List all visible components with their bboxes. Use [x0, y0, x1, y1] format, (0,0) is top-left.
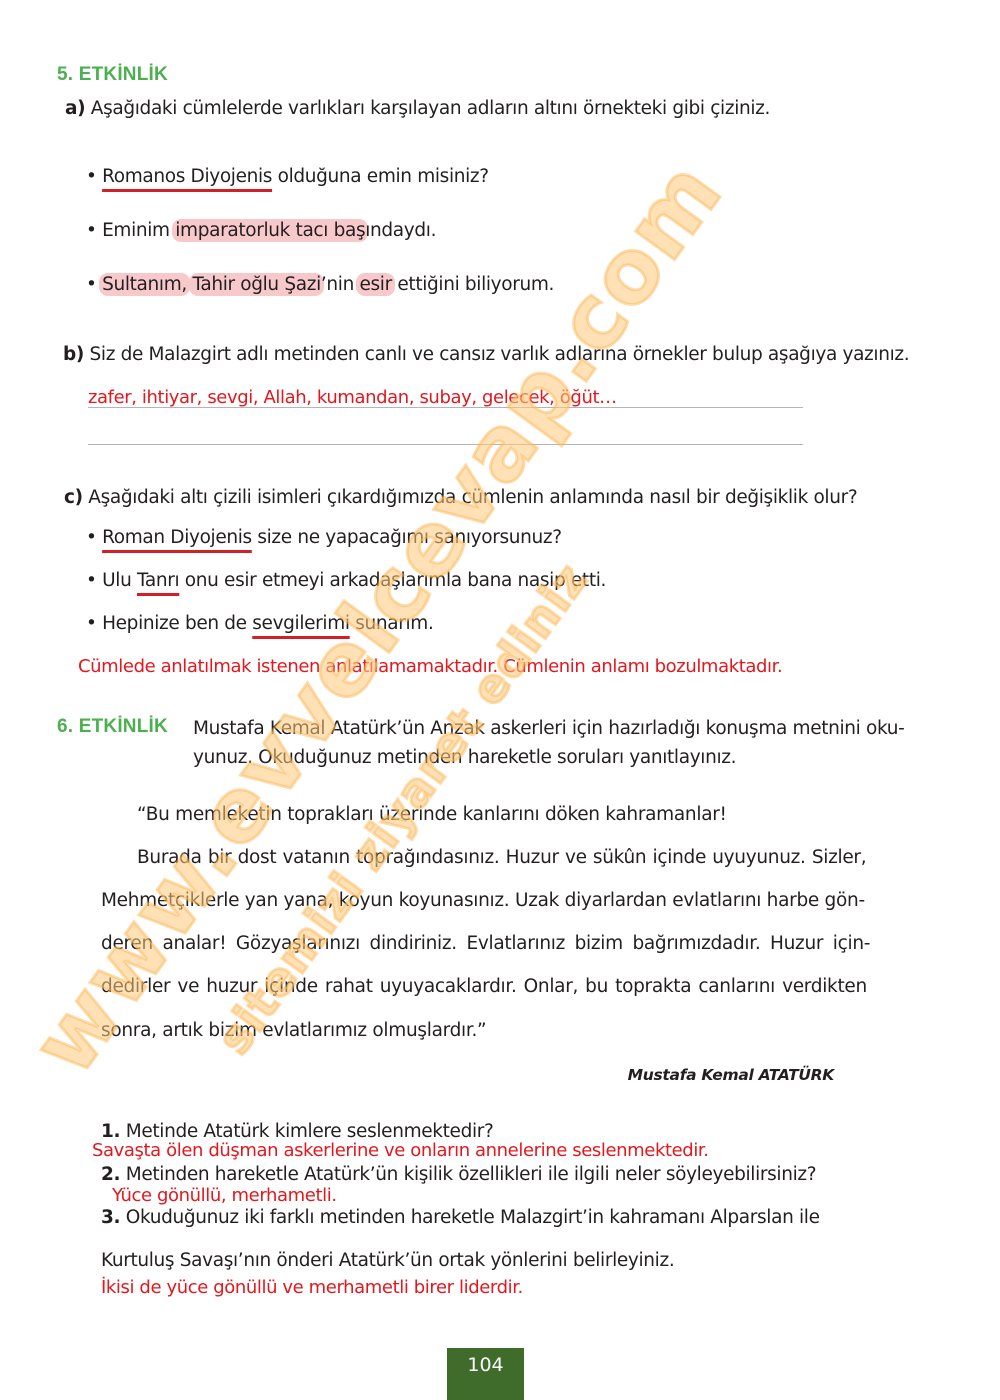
question-text: Metinde Atatürk kimlere seslenmektedir?: [126, 1121, 494, 1142]
question-number: 2.: [101, 1164, 120, 1185]
activity5-heading: 5. ETKİNLİK: [57, 64, 168, 86]
sentence-text: Ulu: [102, 570, 137, 591]
activity5c-answer: Cümlede anlatılmak istenen anlatılamamak…: [78, 656, 782, 677]
underlined-noun: Romanos Diyojenis: [102, 166, 272, 187]
highlighted-noun: Tahir oğlu Şazi: [189, 273, 323, 296]
answer-line: [88, 407, 803, 408]
sentence-text: size ne yapacağımı sanıyorsunuz?: [252, 527, 562, 548]
sentence-text: ’nin: [321, 274, 360, 295]
question-3-answer: İkisi de yüce gönüllü ve merhametli bire…: [101, 1277, 523, 1298]
highlighted-noun: Sultanım,: [99, 273, 190, 296]
activity5b-instruction: b) Siz de Malazgirt adlı metinden canlı …: [63, 344, 909, 365]
question-3-line2: Kurtuluş Savaşı’nın önderi Atatürk’ün or…: [101, 1250, 674, 1271]
sentence-list-item: • Ulu Tanrı onu esir etmeyi arkadaşlarım…: [86, 570, 606, 591]
question-text: Metinden hareketle Atatürk’ün kişilik öz…: [126, 1164, 817, 1185]
question-number: 3.: [101, 1207, 120, 1228]
sentence-text: sunarım.: [350, 613, 434, 634]
quote-line: sonra, artık bizim evlatlarımız olmuşlar…: [101, 1020, 486, 1041]
underlined-noun: sevgilerimi: [252, 613, 349, 634]
underlined-noun: Tanrı: [137, 570, 179, 591]
bullet: •: [86, 166, 102, 187]
sentence-text: Hepinize ben de: [102, 613, 252, 634]
activity5c-text: Aşağıdaki altı çizili isimleri çıkardığı…: [88, 487, 857, 508]
question-3: 3. Okuduğunuz iki farklı metinden hareke…: [101, 1207, 820, 1228]
question-text: Okuduğunuz iki farklı metinden hareketle…: [126, 1207, 820, 1228]
question-number: 1.: [101, 1121, 120, 1142]
sentence-list-item: • Romanos Diyojenis olduğuna emin misini…: [86, 166, 489, 187]
sentence-list-item: • Sultanım, Tahir oğlu Şazi’nin esir ett…: [86, 274, 554, 295]
sentence-list-item: • Roman Diyojenis size ne yapacağımı san…: [86, 527, 562, 548]
question-2-answer: Yüce gönüllü, merhametli.: [112, 1185, 337, 1206]
bullet: •: [86, 613, 102, 634]
question-1: 1. Metinde Atatürk kimlere seslenmektedi…: [101, 1121, 493, 1142]
quote-line: dedirler ve huzur içinde rahat uyuyacakl…: [101, 976, 867, 997]
activity5b-answer: zafer, ihtiyar, sevgi, Allah, kumandan, …: [88, 387, 617, 408]
quote-line: Burada bir dost vatanın toprağındasınız.…: [137, 847, 866, 868]
quote-line: Mehmetçiklerle yan yana, koyun koyunasın…: [101, 890, 865, 911]
sentence-text: ındaydı.: [365, 220, 436, 241]
activity5a-text: Aşağıdaki cümlelerde varlıkları karşılay…: [91, 98, 770, 119]
activity5c-label: c): [64, 487, 83, 508]
answer-line: [88, 444, 803, 445]
highlighted-noun: imparatorluk tacı baş: [172, 219, 368, 242]
activity5b-text: Siz de Malazgirt adlı metinden canlı ve …: [90, 344, 910, 365]
bullet: •: [86, 220, 102, 241]
activity6-intro-line1: Mustafa Kemal Atatürk’ün Anzak askerleri…: [193, 718, 904, 739]
activity5b-label: b): [63, 344, 84, 365]
quote-line: deren analar! Gözyaşlarınızı dindiriniz.…: [101, 933, 870, 954]
question-2: 2. Metinden hareketle Atatürk’ün kişilik…: [101, 1164, 816, 1185]
activity6-heading: 6. ETKİNLİK: [57, 716, 168, 738]
activity5a-label: a): [65, 98, 85, 119]
bullet: •: [86, 570, 102, 591]
highlighted-noun: esir: [356, 273, 394, 296]
sentence-text: onu esir etmeyi arkadaşlarımla bana nasi…: [179, 570, 606, 591]
quote-line: “Bu memleketin toprakları üzerinde kanla…: [137, 804, 727, 825]
activity5c-instruction: c) Aşağıdaki altı çizili isimleri çıkard…: [64, 487, 857, 508]
sentence-text: ettiğini biliyorum.: [392, 274, 554, 295]
sentence-list-item: • Hepinize ben de sevgilerimi sunarım.: [86, 613, 434, 634]
activity6-intro-line2: yunuz. Okuduğunuz metinden hareketle sor…: [193, 747, 736, 768]
sentence-text: olduğuna emin misiniz?: [272, 166, 489, 187]
activity5a-instruction: a) Aşağıdaki cümlelerde varlıkları karşı…: [65, 98, 770, 119]
quote-attribution: Mustafa Kemal ATATÜRK: [628, 1066, 834, 1084]
underlined-noun: Roman Diyojenis: [102, 527, 252, 548]
page-number-badge: 104: [447, 1348, 524, 1400]
sentence-text: Eminim: [102, 220, 175, 241]
sentence-list-item: • Eminim imparatorluk tacı başındaydı.: [86, 220, 436, 241]
bullet: •: [86, 527, 102, 548]
question-1-answer: Savaşta ölen düşman askerlerine ve onlar…: [92, 1140, 709, 1161]
